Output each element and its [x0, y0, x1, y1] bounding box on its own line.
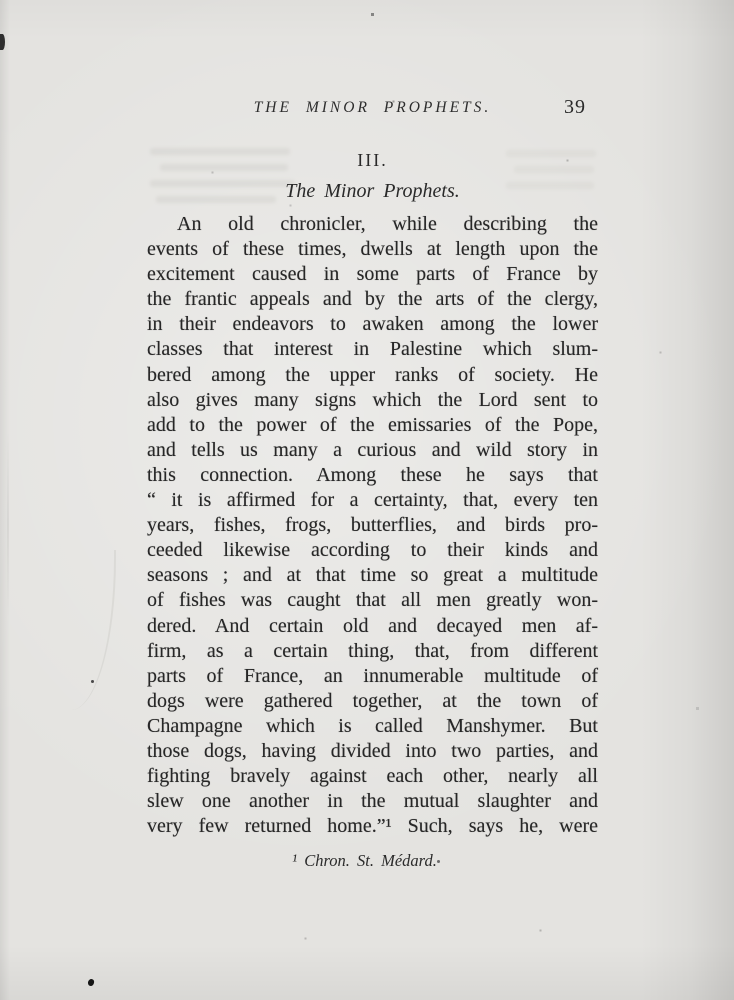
body-line: very few returned home.”¹ Such, says he,… [147, 814, 598, 839]
page-header: THE MINOR PROPHETS. 39 [147, 99, 598, 125]
body-line: slew one another in the mutual slaughter… [147, 789, 598, 814]
ink-speck [437, 860, 440, 863]
paper-specks [0, 0, 1, 1]
body-line: seasons ; and at that time so great a mu… [147, 563, 598, 588]
body-line: excitement caused in some parts of Franc… [147, 262, 598, 287]
body-line: add to the power of the emissaries of th… [147, 413, 598, 438]
body-line: dogs were gathered together, at the town… [147, 689, 598, 714]
body-line: also gives many signs which the Lord sen… [147, 388, 598, 413]
body-line: and tells us many a curious and wild sto… [147, 438, 598, 463]
body-line: of fishes was caught that all men greatl… [147, 588, 598, 613]
footnote: ¹ Chron. St. Médard. [147, 851, 582, 871]
body-line: those dogs, having divided into two part… [147, 739, 598, 764]
body-line: fighting bravely against each other, nea… [147, 764, 598, 789]
running-header: THE MINOR PROPHETS. [254, 99, 492, 117]
body-line: parts of France, an innumerable multitud… [147, 664, 598, 689]
body-line: An old chronicler, while describing the [147, 212, 598, 237]
body-line: ceeded likewise according to their kinds… [147, 538, 598, 563]
body-line: years, fishes, frogs, butterflies, and b… [147, 513, 598, 538]
body-line: bered among the upper ranks of society. … [147, 363, 598, 388]
body-line: events of these times, dwells at length … [147, 237, 598, 262]
page-edge-smudge [0, 34, 5, 50]
body-line: classes that interest in Palestine which… [147, 337, 598, 362]
page-crease [7, 430, 9, 620]
page-crease [52, 550, 116, 710]
book-page: THE MINOR PROPHETS. 39 III. The Minor Pr… [0, 0, 734, 1000]
section-number: III. [147, 150, 598, 171]
body-paragraph: An old chronicler, while describing the … [147, 212, 598, 839]
body-line: in their endeavors to awaken among the l… [147, 312, 598, 337]
page-number: 39 [564, 96, 586, 119]
body-line: this connection. Among these he says tha… [147, 463, 598, 488]
body-line: “ it is affirmed for a certainty, that, … [147, 488, 598, 513]
ink-speck [87, 978, 95, 986]
body-line: dered. And certain old and decayed men a… [147, 614, 598, 639]
body-line: firm, as a certain thing, that, from dif… [147, 639, 598, 664]
body-line: Champagne which is called Manshymer. But [147, 714, 598, 739]
section-title: The Minor Prophets. [147, 180, 598, 203]
body-line: the frantic appeals and by the arts of t… [147, 287, 598, 312]
